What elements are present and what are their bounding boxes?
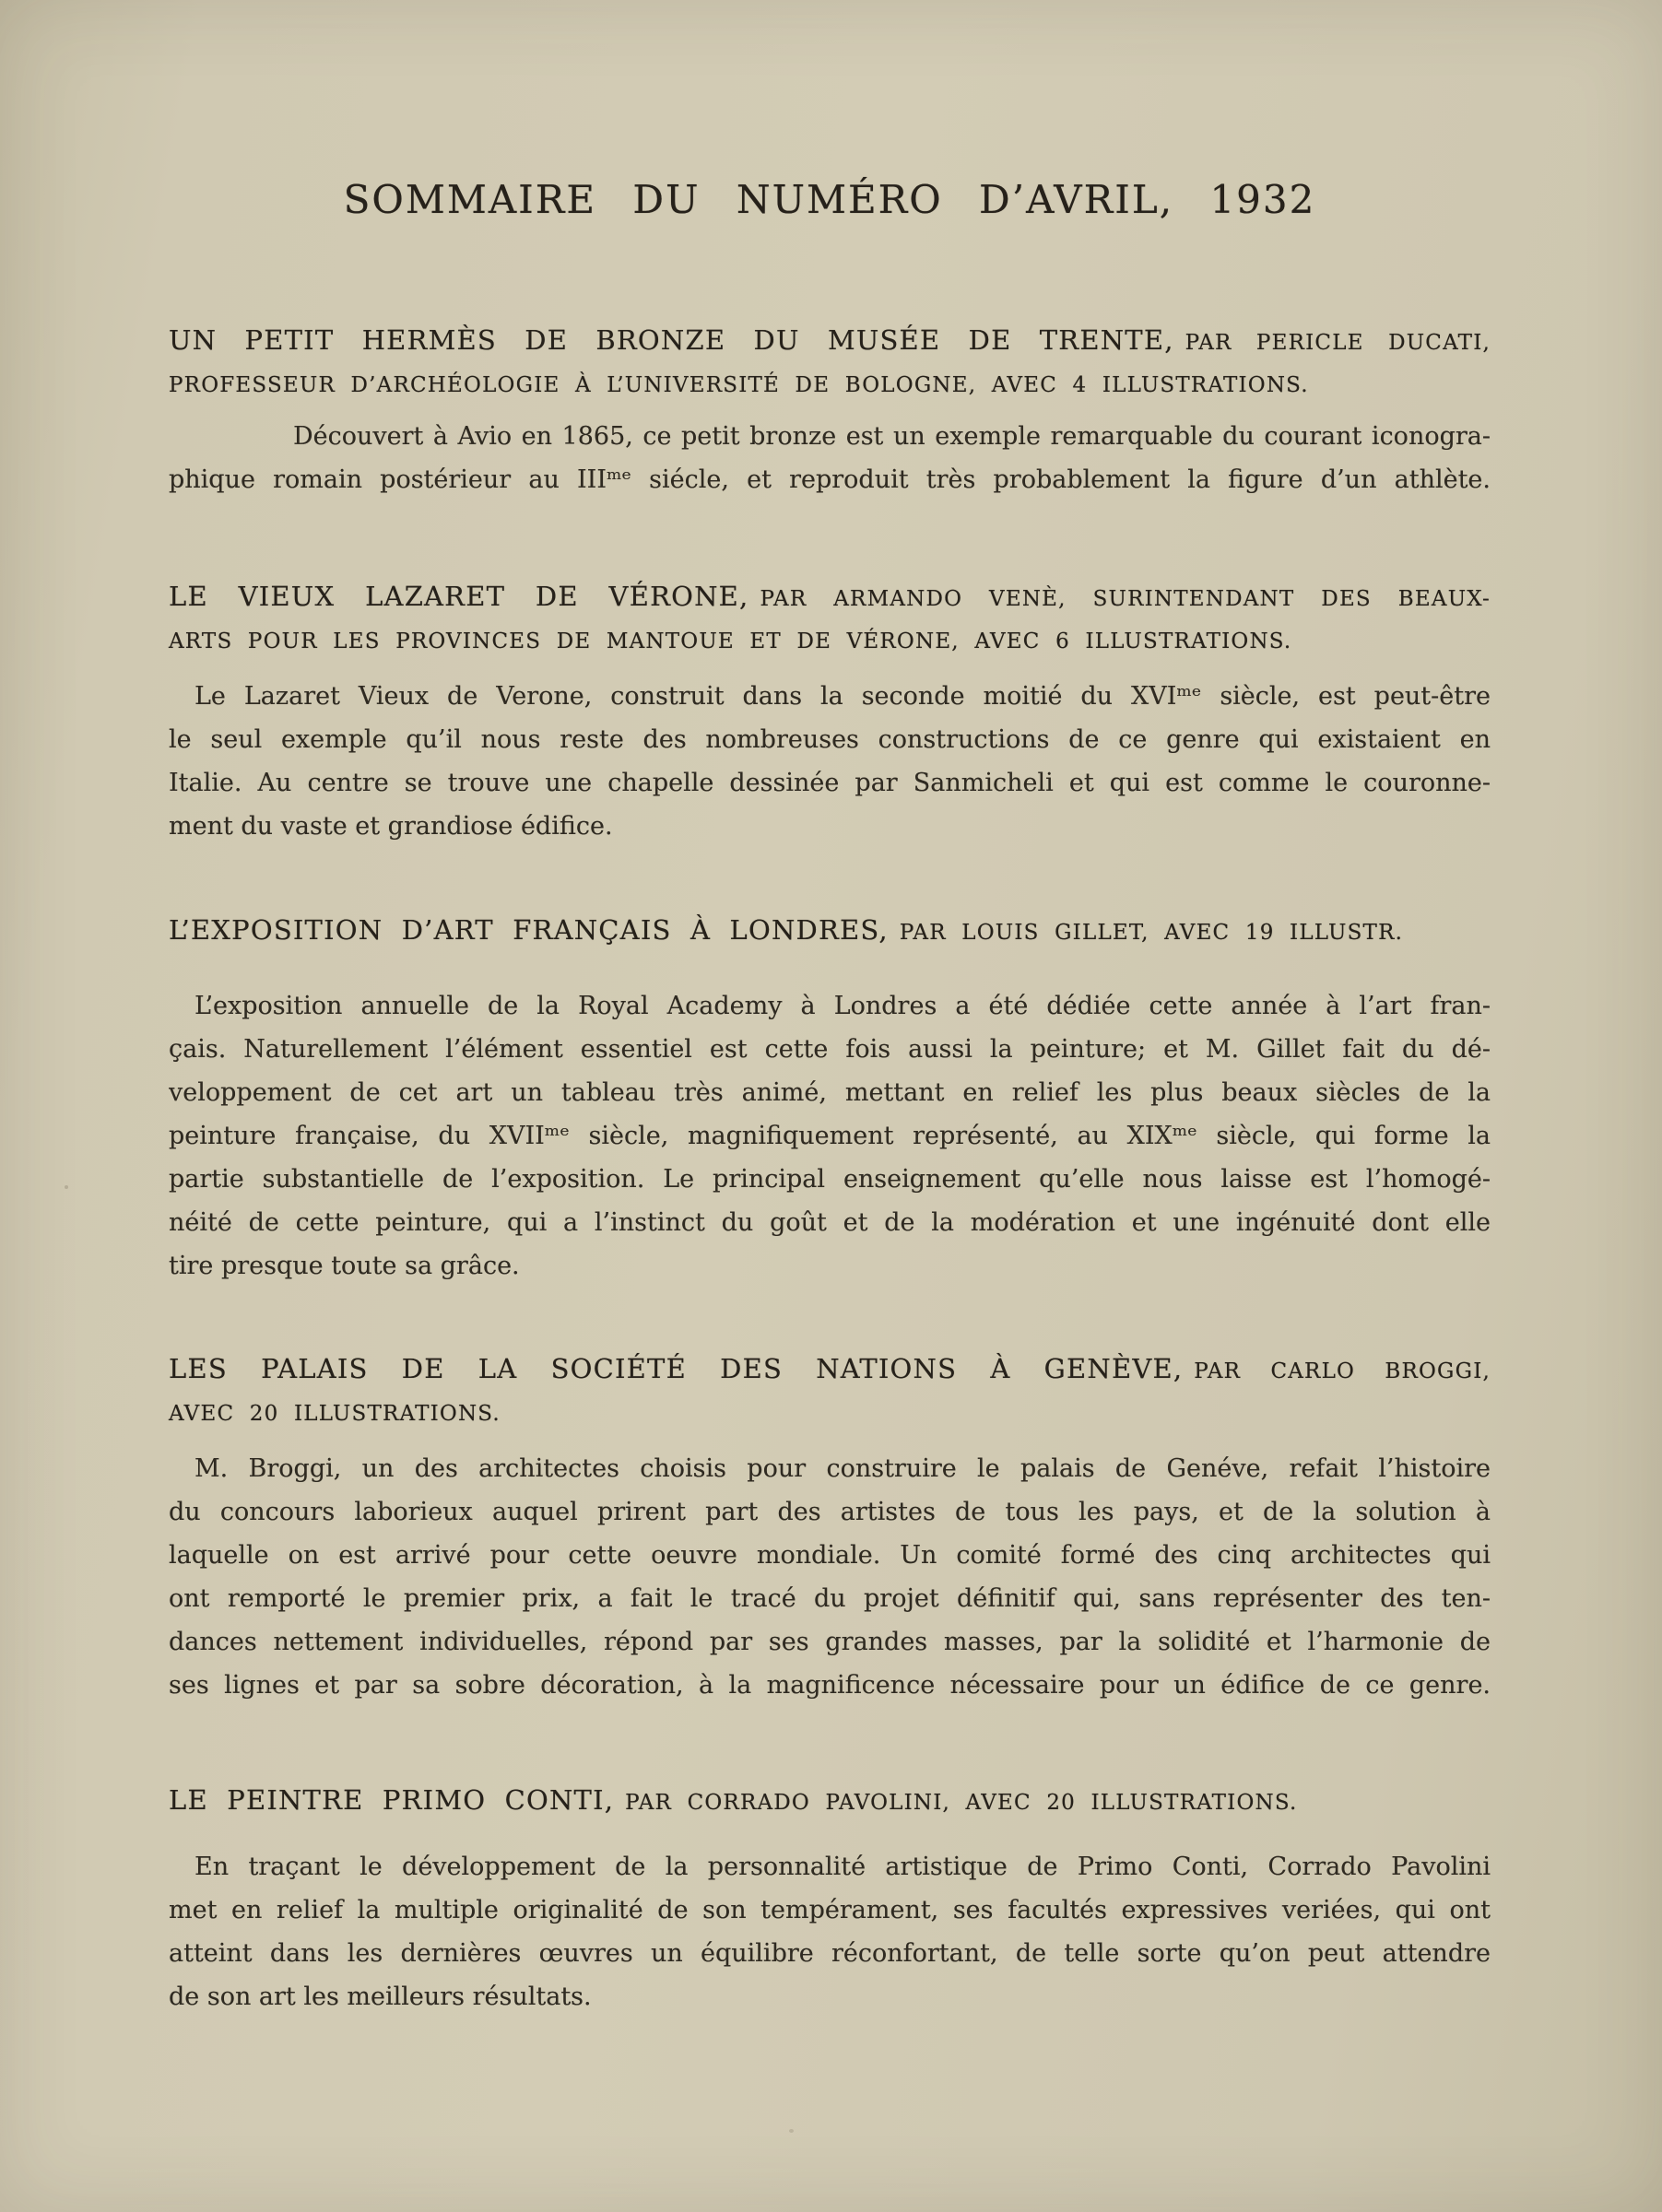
heading-line: L’EXPOSITION D’ART FRANÇAIS À LONDRES,PA… xyxy=(169,909,1491,954)
article-title: LES PALAIS DE LA SOCIÉTÉ DES NATIONS À G… xyxy=(169,1353,1183,1384)
text-line: dances nettement individuelles, répond p… xyxy=(169,1620,1491,1664)
article-byline: PAR PERICLE DUCATI, xyxy=(1185,331,1491,355)
text-line: néité de cette peinture, qui a l’instinc… xyxy=(169,1201,1491,1244)
text-line: atteint dans les dernières œuvres un équ… xyxy=(169,1932,1491,1975)
heading-line: LE PEINTRE PRIMO CONTI,PAR CORRADO PAVOL… xyxy=(169,1779,1491,1824)
scan-speck xyxy=(65,1185,68,1189)
text-line: du concours laborieux auquel prirent par… xyxy=(169,1490,1491,1534)
text-line: partie substantielle de l’exposition. Le… xyxy=(169,1158,1491,1201)
article-summary-2: Le Lazaret Vieux de Verone, construit da… xyxy=(169,675,1491,848)
text-line: M. Broggi, un des architectes choisis po… xyxy=(169,1447,1491,1490)
heading-line: LES PALAIS DE LA SOCIÉTÉ DES NATIONS À G… xyxy=(169,1347,1491,1393)
article-heading-3: L’EXPOSITION D’ART FRANÇAIS À LONDRES,PA… xyxy=(169,909,1491,954)
scan-speck xyxy=(789,2129,794,2133)
text-line: ont remporté le premier prix, a fait le … xyxy=(169,1577,1491,1620)
article-heading-5: LE PEINTRE PRIMO CONTI,PAR CORRADO PAVOL… xyxy=(169,1779,1491,1824)
text-line: En traçant le développement de la person… xyxy=(169,1845,1491,1888)
text-line: Le Lazaret Vieux de Verone, construit da… xyxy=(169,675,1491,718)
article-summary-5: En traçant le développement de la person… xyxy=(169,1845,1491,2018)
article-byline: PAR CORRADO PAVOLINI, AVEC 20 ILLUSTRATI… xyxy=(625,1791,1297,1815)
article-title: UN PETIT HERMÈS DE BRONZE DU MUSÉE DE TR… xyxy=(169,324,1174,356)
article-byline-continued: PROFESSEUR D’ARCHÉOLOGIE À L’UNIVERSITÉ … xyxy=(169,364,1491,406)
article-heading-1: UN PETIT HERMÈS DE BRONZE DU MUSÉE DE TR… xyxy=(169,319,1491,406)
scanned-magazine-page: SOMMAIRE DU NUMÉRO D’AVRIL, 1932 UN PETI… xyxy=(0,0,1662,2212)
text-line: ment du vaste et grandiose édifice. xyxy=(169,805,1491,848)
text-line: Italie. Au centre se trouve une chapelle… xyxy=(169,761,1491,805)
text-line: met en relief la multiple originalité de… xyxy=(169,1888,1491,1932)
text-line: phique romain postérieur au IIIᵐᵉ siécle… xyxy=(169,458,1491,501)
text-line: ses lignes et par sa sobre décoration, à… xyxy=(169,1664,1491,1707)
article-byline: PAR ARMANDO VENÈ, SURINTENDANT DES BEAUX… xyxy=(760,587,1491,611)
page-title: SOMMAIRE DU NUMÉRO D’AVRIL, 1932 xyxy=(169,177,1491,222)
text-line: peinture française, du XVIIᵐᵉ siècle, ma… xyxy=(169,1114,1491,1158)
heading-line: UN PETIT HERMÈS DE BRONZE DU MUSÉE DE TR… xyxy=(169,319,1491,364)
article-summary-3: L’exposition annuelle de la Royal Academ… xyxy=(169,984,1491,1288)
text-line: laquelle on est arrivé pour cette oeuvre… xyxy=(169,1534,1491,1577)
text-line: L’exposition annuelle de la Royal Academ… xyxy=(169,984,1491,1028)
article-byline-continued: ARTS POUR LES PROVINCES DE MANTOUE ET DE… xyxy=(169,620,1491,663)
article-title: LE VIEUX LAZARET DE VÉRONE, xyxy=(169,581,748,612)
article-title: L’EXPOSITION D’ART FRANÇAIS À LONDRES, xyxy=(169,914,889,946)
article-summary-4: M. Broggi, un des architectes choisis po… xyxy=(169,1447,1491,1707)
article-summary-1: Découvert à Avio en 1865, ce petit bronz… xyxy=(169,415,1491,501)
article-heading-2: LE VIEUX LAZARET DE VÉRONE,PAR ARMANDO V… xyxy=(169,575,1491,663)
text-line: tire presque toute sa grâce. xyxy=(169,1244,1491,1288)
article-title: LE PEINTRE PRIMO CONTI, xyxy=(169,1784,614,1816)
article-byline: PAR CARLO BROGGI, xyxy=(1194,1359,1491,1383)
article-byline-continued: AVEC 20 ILLUSTRATIONS. xyxy=(169,1393,1491,1435)
text-line: veloppement de cet art un tableau très a… xyxy=(169,1071,1491,1114)
article-heading-4: LES PALAIS DE LA SOCIÉTÉ DES NATIONS À G… xyxy=(169,1347,1491,1435)
text-line: çais. Naturellement l’élément essentiel … xyxy=(169,1028,1491,1071)
article-byline: PAR LOUIS GILLET, AVEC 19 ILLUSTR. xyxy=(900,921,1403,945)
text-line: de son art les meilleurs résultats. xyxy=(169,1975,1491,2018)
text-line: le seul exemple qu’il nous reste des nom… xyxy=(169,718,1491,761)
text-line: Découvert à Avio en 1865, ce petit bronz… xyxy=(169,415,1491,458)
heading-line: LE VIEUX LAZARET DE VÉRONE,PAR ARMANDO V… xyxy=(169,575,1491,620)
